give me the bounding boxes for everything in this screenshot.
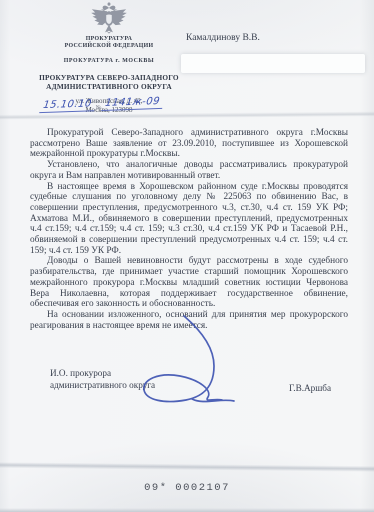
body-paragraph: Установлено, что аналогичные доводы расс… — [30, 160, 348, 181]
handwritten-date: 15.10.10 — [39, 98, 95, 113]
addressee-name: Камалдинову В.В. — [186, 33, 260, 43]
body-paragraph: Доводы о Вашей невиновности будут рассмо… — [30, 256, 348, 310]
document-scan-number: 09* 0002107 — [0, 482, 374, 494]
org-district-line1: ПРОКУРАТУРА СЕВЕРО-ЗАПАДНОГО — [18, 73, 200, 82]
org-name-line1: ПРОКУРАТУРА — [18, 36, 200, 43]
handwritten-signature-ink — [118, 310, 268, 420]
paper-crease-bottom — [0, 462, 374, 472]
org-city: ПРОКУРАТУРА г. МОСКВЫ — [18, 58, 200, 65]
org-district-line2: АДМИНИСТРАТИВНОГО ОКРУГА — [18, 82, 200, 91]
scanned-letter-page: ПРОКУРАТУРА РОССИЙСКОЙ ФЕДЕРАЦИИ ПРОКУРА… — [0, 0, 374, 512]
body-paragraph: В настоящее время в Хорошевском районном… — [30, 182, 348, 257]
handwritten-outgoing-number: 1141ж-09 — [101, 96, 164, 111]
letter-body: Прокуратурой Северо-Западного администра… — [30, 128, 348, 331]
page-bottom-edge-shadow — [0, 508, 374, 512]
russia-coat-of-arms-eagle-icon — [89, 2, 129, 35]
body-paragraph: Прокуратурой Северо-Западного администра… — [30, 128, 348, 160]
redacted-address-box — [181, 54, 365, 73]
org-name-line2: РОССИЙСКОЙ ФЕДЕРАЦИИ — [18, 43, 200, 50]
signer-name: Г.В.Аршба — [289, 383, 331, 393]
